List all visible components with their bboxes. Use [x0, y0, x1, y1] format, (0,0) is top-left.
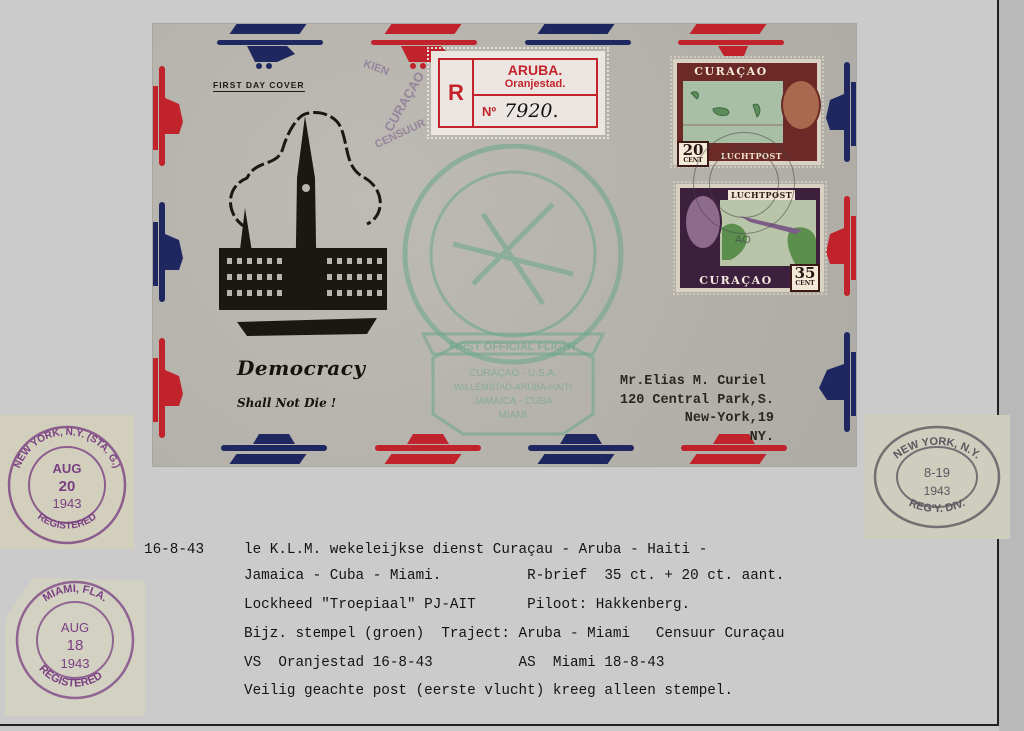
description-line: Lockheed "Troepiaal" PJ-AIT Piloot: Hakk… — [244, 593, 690, 617]
airplane-icon — [525, 34, 631, 50]
cachet-subtitle: Shall Not Die ! — [237, 396, 336, 410]
registration-city: ARUBA. — [474, 62, 596, 78]
registration-number: 7920. — [504, 100, 558, 122]
recipient-address: Mr.Elias M. Curiel120 Central Park,S. Ne… — [620, 373, 774, 447]
miami-postmark-cutout: MIAMI, FLA. REGISTERED AUG 18 1943 — [5, 578, 145, 716]
registered-letter: R — [440, 60, 474, 126]
postmark-date: AO — [735, 234, 751, 246]
airplane-icon — [813, 330, 856, 434]
description-date: 16-8-43 — [144, 538, 204, 562]
description-line: VS Oranjestad 16-8-43 AS Miami 18-8-43 — [244, 651, 664, 675]
parliament-building-cachet — [217, 108, 389, 342]
svg-text:FIRST OFFICIAL FLIGHT: FIRST OFFICIAL FLIGHT — [449, 341, 577, 353]
airmail-envelope: FIRST DAY COVER KIEN CURAÇAO CENSUUR Dem… — [153, 24, 856, 466]
airmail-stripe-red — [384, 24, 461, 34]
album-description: 16-8-43 le K.L.M. wekeleijkse dienst Cur… — [144, 538, 161, 730]
svg-text:1943: 1943 — [924, 484, 951, 498]
first-day-cover-label: FIRST DAY COVER — [213, 80, 305, 92]
airmail-stripe-blue — [537, 24, 614, 34]
airplane-icon — [217, 34, 323, 70]
svg-text:1943: 1943 — [61, 656, 90, 671]
airplane-icon — [153, 336, 187, 440]
svg-text:AUG: AUG — [61, 620, 89, 635]
airplane-icon — [678, 34, 784, 60]
svg-text:REGISTERED: REGISTERED — [35, 511, 99, 532]
stamp-value: 35CENT — [790, 264, 820, 292]
svg-text:20: 20 — [59, 478, 76, 495]
registration-place: Oranjestad. — [474, 78, 596, 90]
airmail-stripe-red — [689, 24, 766, 34]
svg-text:MIAMI: MIAMI — [499, 410, 528, 421]
svg-text:JAMAICA - CUBA: JAMAICA - CUBA — [473, 396, 553, 407]
airplane-icon — [153, 64, 187, 168]
airplane-icon — [822, 60, 856, 164]
registration-label: R ARUBA. Oranjestad. Nº 7920. — [431, 51, 605, 135]
svg-text:AUG: AUG — [53, 461, 82, 476]
svg-text:WILLEMSTAD-ARUBA-HAITI: WILLEMSTAD-ARUBA-HAITI — [454, 382, 572, 392]
airplane-icon — [221, 430, 327, 456]
new-york-station-postmark-cutout: NEW YORK, N.Y. (STA. G.) REGISTERED AUG … — [0, 415, 134, 549]
svg-text:REG'Y. DIV.: REG'Y. DIV. — [907, 497, 967, 515]
queen-portrait — [781, 79, 821, 131]
svg-text:1943: 1943 — [53, 496, 82, 511]
svg-text:18: 18 — [67, 637, 84, 654]
svg-text:CURAÇAO - U.S.A.: CURAÇAO - U.S.A. — [469, 368, 557, 379]
svg-text:8-19: 8-19 — [924, 465, 950, 480]
first-flight-cachet: FIRST OFFICIAL FLIGHT CURAÇAO - U.S.A. W… — [393, 144, 633, 444]
page-edge — [999, 0, 1024, 731]
description-line: Veilig geachte post (eerste vlucht) kree… — [244, 679, 733, 703]
registration-number-prefix: Nº — [482, 104, 496, 119]
airmail-stripe-blue — [229, 24, 306, 34]
airplane-icon — [153, 200, 187, 304]
description-line: Jamaica - Cuba - Miami. R-brief 35 ct. +… — [244, 564, 785, 588]
description-line: le K.L.M. wekeleijkse dienst Curaçau - A… — [244, 538, 707, 562]
airplane-icon — [822, 194, 856, 298]
new-york-registry-postmark-cutout: NEW YORK, N.Y. REG'Y. DIV. 8-19 1943 — [864, 415, 1010, 539]
description-line: Bijz. stempel (groen) Traject: Aruba - M… — [244, 622, 785, 646]
cachet-title: Democracy — [237, 356, 366, 380]
